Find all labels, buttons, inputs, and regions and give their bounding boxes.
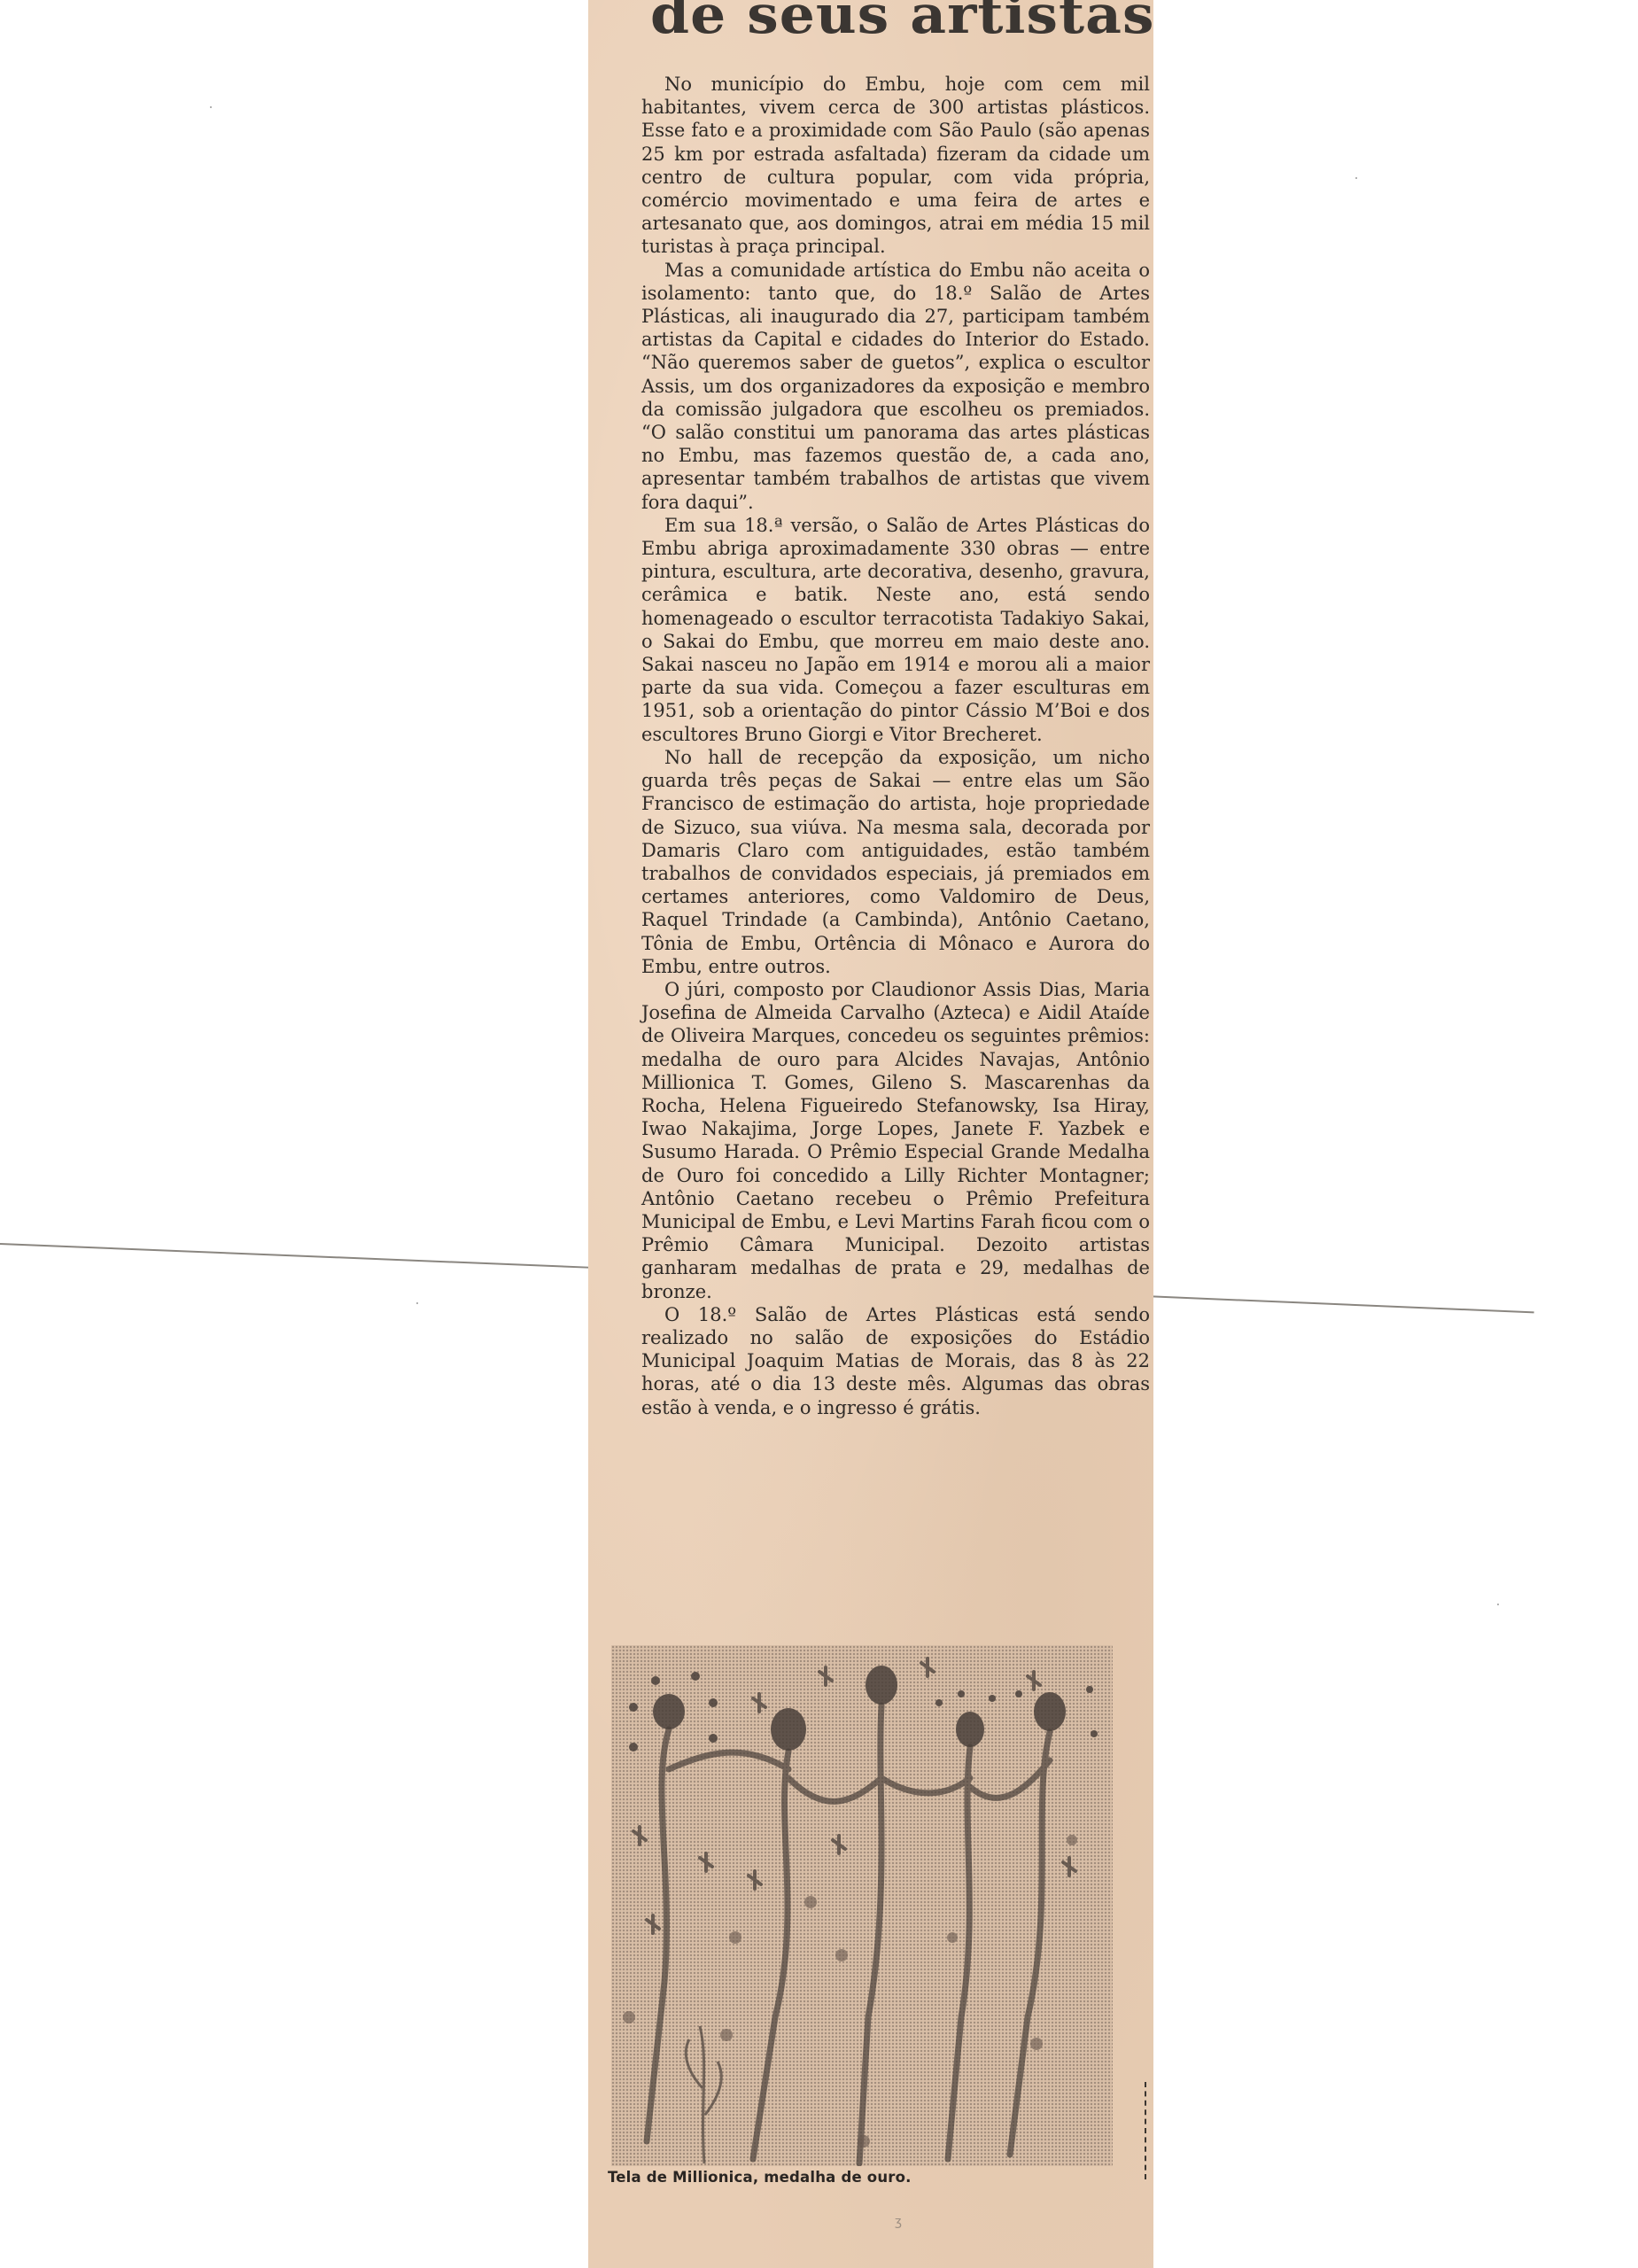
dancing-figures-illustration — [611, 1645, 1113, 2166]
fold-crease-left — [0, 1243, 589, 1269]
scan-speck — [416, 1302, 418, 1304]
article-paragraph: No município do Embu, hoje com cem mil h… — [641, 73, 1150, 259]
fold-crease-right — [1145, 1295, 1534, 1313]
article-body: No município do Embu, hoje com cem mil h… — [641, 73, 1150, 1419]
article-paragraph: O 18.º Salão de Artes Plásticas está sen… — [641, 1303, 1150, 1419]
headline: de seus artistas — [650, 0, 1171, 46]
scan-speck — [210, 106, 212, 108]
scan-speck — [1497, 1604, 1499, 1605]
pencil-mark: ʒ — [895, 2215, 902, 2229]
article-paragraph: Em sua 18.ª versão, o Salão de Artes Plá… — [641, 514, 1150, 746]
artwork-photo — [611, 1645, 1113, 2166]
article-paragraph: Mas a comunidade artística do Embu não a… — [641, 259, 1150, 514]
article-paragraph: No hall de recepção da exposição, um nic… — [641, 746, 1150, 978]
scissor-cut-edge — [1145, 2082, 1146, 2179]
newspaper-clipping: de seus artistas No município do Embu, h… — [588, 0, 1153, 2268]
article-paragraph: O júri, composto por Claudionor Assis Di… — [641, 978, 1150, 1303]
scan-speck — [1355, 177, 1357, 179]
photo-caption: Tela de Millionica, medalha de ouro. — [608, 2169, 912, 2186]
